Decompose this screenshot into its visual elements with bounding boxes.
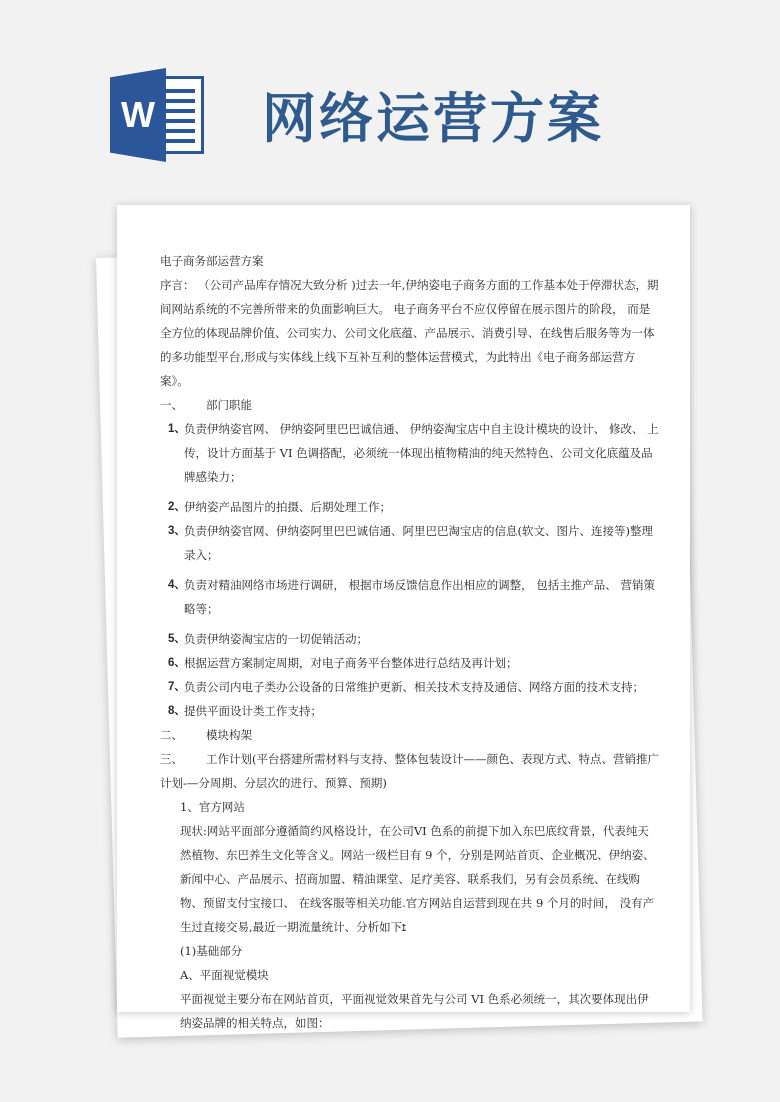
section-heading-2: 二、 模块构架: [160, 723, 660, 747]
word-letter-icon: W: [110, 68, 166, 162]
list-item: 6、 根据运营方案制定周期，对电子商务平台整体进行总结及再计划；: [168, 651, 660, 675]
list-item-text: 负责对精油网络市场进行调研， 根据市场反馈信息作出相应的调整， 包括主推产品、 …: [184, 573, 660, 621]
list-item-number: 1、: [168, 417, 184, 489]
module-a-heading: A、平面视觉模块: [160, 963, 660, 987]
list-item: 3、 负责伊纳姿官网、伊纳姿阿里巴巴诚信通、阿里巴巴淘宝店的信息(软文、图片、连…: [168, 519, 660, 567]
list-item-number: 3、: [168, 519, 184, 567]
page-number: 1: [117, 923, 690, 934]
section-number: 二、: [160, 723, 206, 747]
banner-title: 网络运营方案: [262, 76, 604, 153]
list-item-number: 7、: [168, 675, 184, 699]
list-item-text: 负责公司内电子类办公设备的日常维护更新、相关技术支持及通信、网络方面的技术支持；: [184, 675, 660, 699]
list-item: 1、 负责伊纳姿官网、 伊纳姿阿里巴巴诚信通、 伊纳姿淘宝店中自主设计模块的设计…: [168, 417, 660, 489]
list-item: 8、 提供平面设计类工作支持；: [168, 699, 660, 723]
section-title: 工作计划(平台搭建所需材料与支持、整体包装设计——颜色、表现方式、特点、营销推广…: [160, 752, 659, 790]
title-banner: W 网络运营方案: [0, 0, 780, 190]
list-item-text: 负责伊纳姿官网、 伊纳姿阿里巴巴诚信通、 伊纳姿淘宝店中自主设计模块的设计、 修…: [184, 417, 660, 489]
list-item-text: 根据运营方案制定周期，对电子商务平台整体进行总结及再计划；: [184, 651, 660, 675]
word-document-icon: W: [110, 68, 208, 162]
subsection-official-site: 1、官方网站: [160, 795, 660, 819]
basic-part-heading: (1)基础部分: [160, 939, 660, 963]
list-item-number: 4、: [168, 573, 184, 621]
list-item-text: 负责伊纳姿淘宝店的一切促销活动；: [184, 627, 660, 651]
section-number: 三、: [160, 747, 206, 771]
section-heading-3: 三、工作计划(平台搭建所需材料与支持、整体包装设计——颜色、表现方式、特点、营销…: [160, 747, 660, 795]
module-a-paragraph: 平面视觉主要分布在网站首页，平面视觉效果首先与公司 VI 色系必须统一，其次要体…: [160, 987, 660, 1035]
list-item-number: 8、: [168, 699, 184, 723]
list-item: 2、 伊纳姿产品图片的拍摄、后期处理工作；: [168, 495, 660, 519]
list-item-text: 负责伊纳姿官网、伊纳姿阿里巴巴诚信通、阿里巴巴淘宝店的信息(软文、图片、连接等)…: [184, 519, 660, 567]
list-item: 4、 负责对精油网络市场进行调研， 根据市场反馈信息作出相应的调整， 包括主推产…: [168, 573, 660, 621]
list-item-number: 6、: [168, 651, 184, 675]
document-page: 电子商务部运营方案 序言： （公司产品库存情况大致分析 )过去一年,伊纳姿电子商…: [117, 205, 690, 1012]
section-number: 一、: [160, 393, 206, 417]
preface-paragraph: 序言： （公司产品库存情况大致分析 )过去一年,伊纳姿电子商务方面的工作基本处于…: [160, 273, 660, 393]
list-item-text: 提供平面设计类工作支持；: [184, 699, 660, 723]
status-paragraph: 现状:网站平面部分遵循简约风格设计，在公司VI 色系的前提下加入东巴底纹背景，代…: [160, 819, 660, 939]
list-item: 7、 负责公司内电子类办公设备的日常维护更新、相关技术支持及通信、网络方面的技术…: [168, 675, 660, 699]
duties-list: 1、 负责伊纳姿官网、 伊纳姿阿里巴巴诚信通、 伊纳姿淘宝店中自主设计模块的设计…: [160, 417, 660, 723]
list-item: 5、 负责伊纳姿淘宝店的一切促销活动；: [168, 627, 660, 651]
list-item-number: 2、: [168, 495, 184, 519]
section-title: 模块构架: [206, 723, 252, 747]
page-content: 电子商务部运营方案 序言： （公司产品库存情况大致分析 )过去一年,伊纳姿电子商…: [160, 249, 660, 1035]
list-item-text: 伊纳姿产品图片的拍摄、后期处理工作；: [184, 495, 660, 519]
section-title: 部门职能: [206, 393, 252, 417]
list-item-number: 5、: [168, 627, 184, 651]
document-heading: 电子商务部运营方案: [160, 249, 660, 273]
section-heading-1: 一、 部门职能: [160, 393, 660, 417]
